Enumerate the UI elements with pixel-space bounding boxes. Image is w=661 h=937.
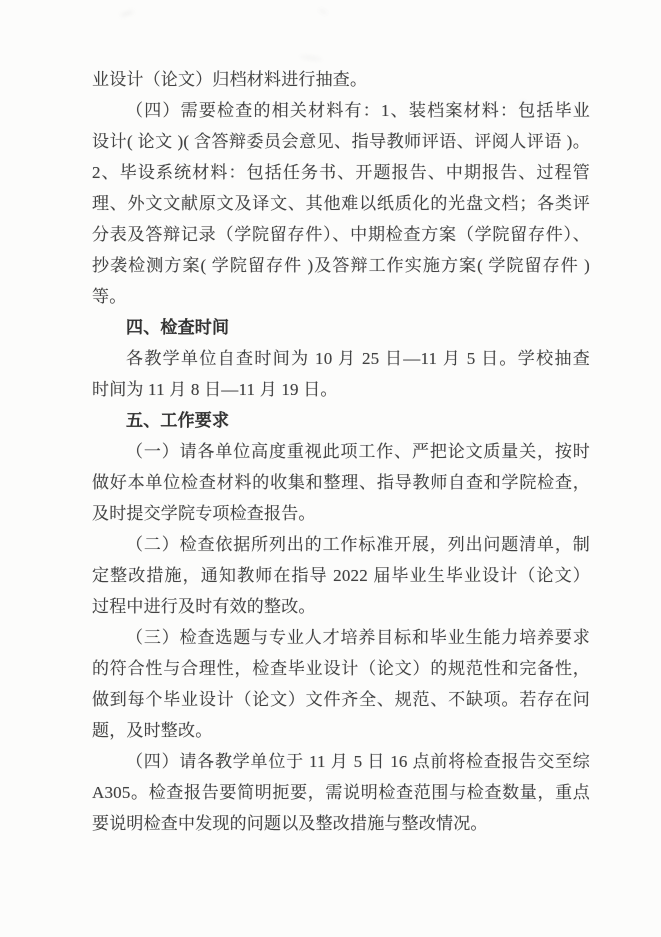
text-line: （四）请各教学单位于 11 月 5 日 16 点前将检查报告交至综 xyxy=(92,746,590,777)
text-line: （二）检查依据所列出的工作标准开展，列出问题清单，制 xyxy=(92,529,590,560)
text-line: （三）检查选题与专业人才培养目标和毕业生能力培养要求 xyxy=(92,622,590,653)
text-line: 要说明检查中发现的问题以及整改措施与整改情况。 xyxy=(92,808,590,839)
text-line: A305。检查报告要简明扼要，需说明检查范围与检查数量，重点 xyxy=(92,777,590,808)
text-line: 等。 xyxy=(92,281,590,312)
text-line: 理、外文文献原文及译文、其他难以纸质化的光盘文档；各类评 xyxy=(92,188,590,219)
document-page: 业设计（论文）归档材料进行抽查。（四）需要检查的相关材料有：1、装档案材料：包括… xyxy=(0,0,661,937)
text-line: 时间为 11 月 8 日—11 月 19 日。 xyxy=(92,374,590,405)
text-line: 及时提交学院专项检查报告。 xyxy=(92,498,590,529)
text-line: 设计( 论文 )( 含答辩委员会意见、指导教师评语、评阅人评语 )。 xyxy=(92,126,590,157)
text-line: 抄袭检测方案( 学院留存件 )及答辩工作实施方案( 学院留存件 ) xyxy=(92,250,590,281)
section-heading: 五、工作要求 xyxy=(92,405,590,436)
text-line: 的符合性与合理性，检查毕业设计（论文）的规范性和完备性， xyxy=(92,653,590,684)
text-line: （一）请各单位高度重视此项工作、严把论文质量关，按时 xyxy=(92,436,590,467)
section-heading: 四、检查时间 xyxy=(92,312,590,343)
text-line: 各教学单位自查时间为 10 月 25 日—11 月 5 日。学校抽查 xyxy=(92,343,590,374)
scan-smudge xyxy=(318,8,328,16)
text-line: 做好本单位检查材料的收集和整理、指导教师自查和学院检查， xyxy=(92,467,590,498)
scan-smudge xyxy=(300,54,322,61)
scan-smudge xyxy=(120,10,134,17)
text-line: 2、毕设系统材料：包括任务书、开题报告、中期报告、过程管 xyxy=(92,157,590,188)
text-line: 做到每个毕业设计（论文）文件齐全、规范、不缺项。若存在问 xyxy=(92,684,590,715)
text-line: （四）需要检查的相关材料有：1、装档案材料：包括毕业 xyxy=(92,95,590,126)
text-block: 业设计（论文）归档材料进行抽查。（四）需要检查的相关材料有：1、装档案材料：包括… xyxy=(92,64,590,839)
text-line: 业设计（论文）归档材料进行抽查。 xyxy=(92,64,590,95)
text-line: 分表及答辩记录（学院留存件）、中期检查方案（学院留存件）、 xyxy=(92,219,590,250)
text-line: 题，及时整改。 xyxy=(92,715,590,746)
text-line: 过程中进行及时有效的整改。 xyxy=(92,591,590,622)
text-line: 定整改措施，通知教师在指导 2022 届毕业生毕业设计（论文） xyxy=(92,560,590,591)
